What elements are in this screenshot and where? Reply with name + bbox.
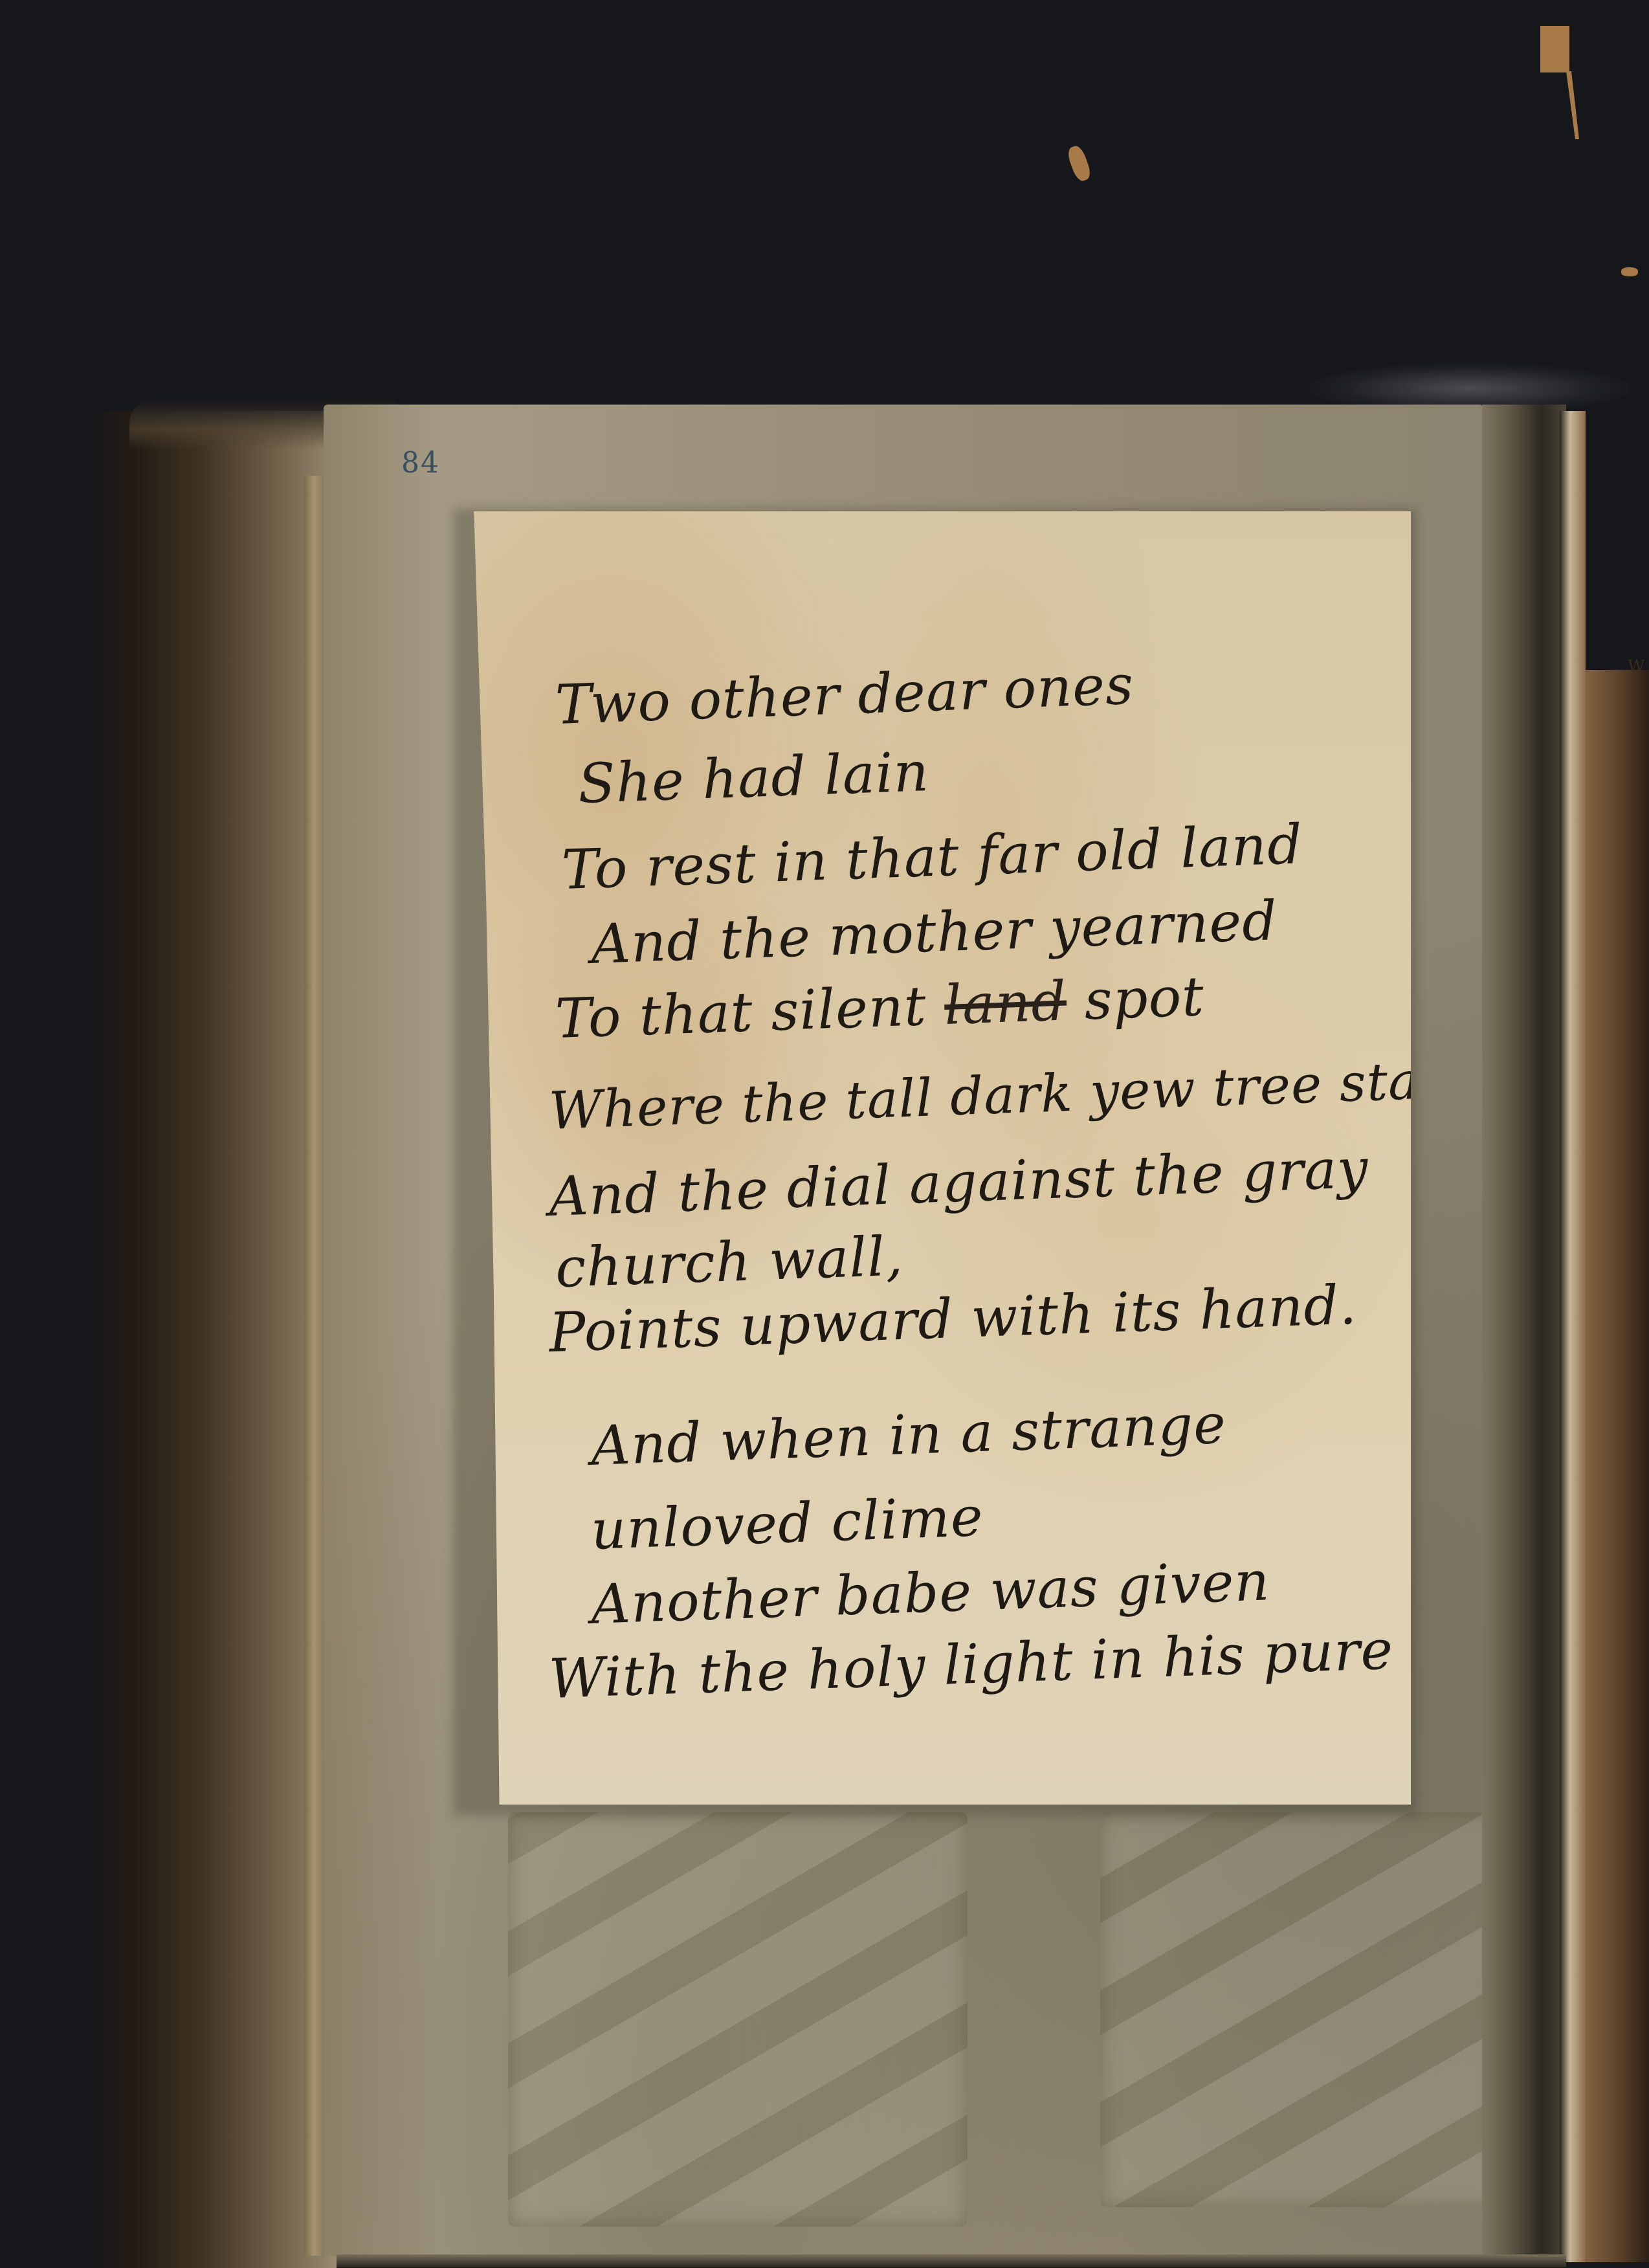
poem-line: unloved clime [590, 1485, 984, 1562]
handwritten-sheet: Two other dear ones She had lain To rest… [469, 511, 1411, 1805]
underlying-page-edge [304, 476, 324, 2256]
poem-line-text: unloved clime [590, 1485, 984, 1562]
ghost-mount-left [508, 1812, 968, 2227]
poem-line: And the dial against the gray [548, 1137, 1370, 1228]
paper-scrap [1065, 144, 1092, 183]
poem-line: Where the tall dark yew tree stands [548, 1047, 1516, 1141]
poem-line-text: She had lain [577, 740, 931, 816]
album-bottom-edge [337, 2254, 1566, 2267]
page-fold [1482, 405, 1566, 2262]
poem-line-text: And when in a strange [590, 1392, 1228, 1478]
poem-line-text: And the mother yearned [590, 889, 1279, 976]
back-cover-edge [1579, 670, 1649, 2262]
poem-line-text: Where the tall dark yew tree stands [548, 1047, 1516, 1141]
paper-scrap [1540, 26, 1569, 72]
poem-line: She had lain [577, 740, 931, 816]
cover-edge-label: W [1628, 657, 1645, 676]
poem-line: And when in a strange [590, 1392, 1228, 1478]
poem: Two other dear ones She had lain To rest… [469, 511, 1411, 1805]
scrapbook-album: 84 Two other dear ones She had lain To r… [91, 398, 1649, 2268]
torn-page-edge [1560, 411, 1586, 2262]
poem-line-text: To rest in that far old land [561, 812, 1304, 902]
paper-scrap [1621, 267, 1638, 276]
struck-word: land [943, 969, 1067, 1037]
paper-scrap [1566, 71, 1579, 139]
poem-line: church wall, [555, 1224, 905, 1300]
album-page: 84 Two other dear ones She had lain To r… [324, 405, 1482, 2256]
poem-line: To that silent land spot [555, 964, 1206, 1051]
poem-line-text: And the dial against the gray [548, 1137, 1370, 1228]
poem-line-text: spot [1083, 964, 1206, 1032]
poem-line: Two other dear ones [555, 653, 1135, 737]
poem-line-text: church wall, [555, 1224, 905, 1300]
poem-line: And the mother yearned [590, 889, 1279, 976]
poem-line: To rest in that far old land [561, 812, 1304, 902]
poem-line-text: Another babe was given [590, 1549, 1271, 1636]
page-number: 84 [401, 447, 440, 480]
poem-line-text: Two other dear ones [555, 653, 1135, 737]
ghost-mount-right [1100, 1812, 1501, 2207]
binding-gutter [91, 411, 337, 2268]
poem-line-text: To that silent [555, 974, 928, 1051]
poem-line: Another babe was given [590, 1549, 1271, 1636]
